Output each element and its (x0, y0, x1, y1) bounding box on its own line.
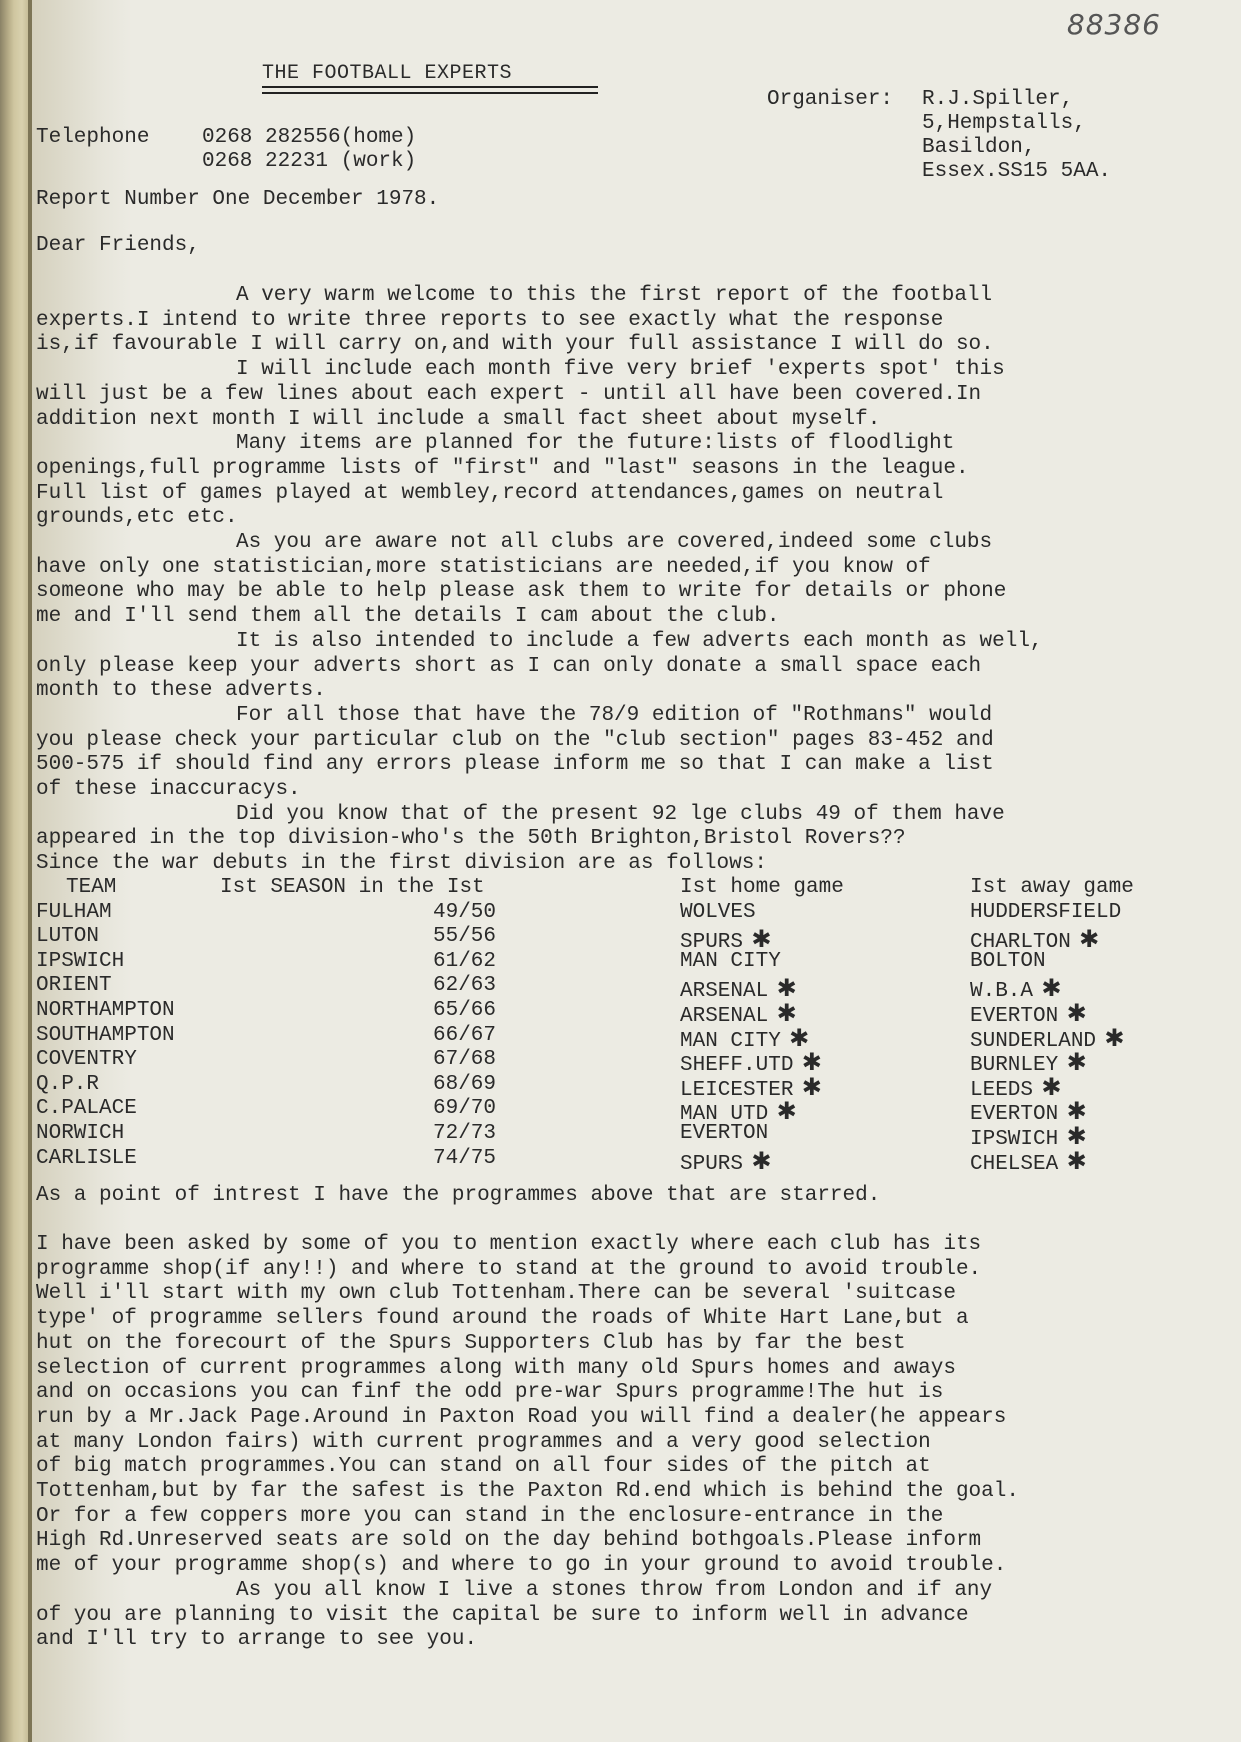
season-cell: 74/75 (433, 1147, 496, 1170)
team-cell: COVENTRY (36, 1048, 137, 1071)
text-line: experts.I intend to write three reports … (36, 309, 943, 333)
text-line: hut on the forecourt of the Spurs Suppor… (36, 1332, 906, 1356)
text-line: grounds,etc etc. (36, 506, 238, 530)
phone-home: 0268 282556(home) (202, 126, 416, 150)
season-cell: 61/62 (433, 950, 496, 973)
team-cell: LUTON (36, 925, 99, 948)
text-line: For all those that have the 78/9 edition… (36, 704, 992, 728)
table-header: Ist away game (970, 876, 1134, 899)
table-header: Ist home game (680, 876, 844, 899)
text-line: addition next month I will include a sma… (36, 408, 880, 432)
text-line: Well i'll start with my own club Tottenh… (36, 1282, 956, 1306)
team-cell: C.PALACE (36, 1097, 137, 1120)
report-line: Report Number One December 1978. (36, 188, 439, 212)
team-cell: NORTHAMPTON (36, 999, 175, 1022)
star-icon: ✱ (1058, 1147, 1086, 1175)
organiser-address-2: Basildon, (922, 136, 1035, 160)
text-line: High Rd.Unreserved seats are sold on the… (36, 1529, 981, 1553)
telephone-label: Telephone (36, 126, 149, 150)
text-line: Many items are planned for the future:li… (36, 432, 954, 456)
text-line: I will include each month five very brie… (36, 358, 1005, 382)
text-line: A very warm welcome to this the first re… (36, 284, 992, 308)
team-cell: NORWICH (36, 1122, 124, 1145)
text-line: me of your programme shop(s) and where t… (36, 1554, 1006, 1578)
table-note: As a point of intrest I have the program… (36, 1184, 880, 1208)
text-line: of big match programmes.You can stand on… (36, 1455, 931, 1479)
team-cell: ORIENT (36, 974, 112, 997)
text-line: of you are planning to visit the capital… (36, 1604, 969, 1628)
season-cell: 65/66 (433, 999, 496, 1022)
text-line: As you all know I live a stones throw fr… (36, 1579, 992, 1603)
text-line: me and I'll send them all the details I … (36, 605, 780, 629)
text-line: and on occasions you can finf the odd pr… (36, 1381, 943, 1405)
text-line: Did you know that of the present 92 lge … (36, 803, 1005, 827)
document-title: THE FOOTBALL EXPERTS (262, 62, 512, 85)
table-header: Ist SEASON in the Ist (220, 876, 485, 899)
text-line: month to these adverts. (36, 679, 326, 703)
season-cell: 69/70 (433, 1097, 496, 1120)
home-game-cell: EVERTON (680, 1122, 768, 1145)
away-game-cell: CHELSEA ✱ (970, 1147, 1087, 1176)
team-cell: IPSWICH (36, 950, 124, 973)
text-line: As you are aware not all clubs are cover… (36, 531, 992, 555)
text-line: 500-575 if should find any errors please… (36, 753, 994, 777)
star-icon: ✱ (1096, 1024, 1124, 1052)
text-line: is,if favourable I will carry on,and wit… (36, 333, 994, 357)
table-header: TEAM (66, 876, 116, 899)
text-line: have only one statistician,more statisti… (36, 556, 931, 580)
home-game-cell: MAN CITY (680, 950, 781, 973)
away-game-cell: HUDDERSFIELD (970, 901, 1121, 924)
text-line: It is also intended to include a few adv… (36, 630, 1043, 654)
salutation: Dear Friends, (36, 234, 200, 258)
season-cell: 55/56 (433, 925, 496, 948)
binding-strip (0, 0, 28, 1742)
text-line: you please check your particular club on… (36, 729, 994, 753)
text-line: someone who may be able to help please a… (36, 580, 1006, 604)
archive-number: 88386 (1067, 8, 1161, 41)
team-cell: FULHAM (36, 901, 112, 924)
organiser-address-3: Essex.SS15 5AA. (922, 160, 1111, 184)
organiser-name: R.J.Spiller, (922, 88, 1073, 112)
star-icon: ✱ (743, 1147, 771, 1175)
season-cell: 49/50 (433, 901, 496, 924)
star-icon: ✱ (793, 1073, 821, 1101)
team-cell: SOUTHAMPTON (36, 1024, 175, 1047)
text-line: programme shop(if any!!) and where to st… (36, 1258, 981, 1282)
text-line: Since the war debuts in the first divisi… (36, 852, 767, 876)
text-line: run by a Mr.Jack Page.Around in Paxton R… (36, 1406, 1006, 1430)
home-game-cell: WOLVES (680, 901, 756, 924)
text-line: of these inaccuracys. (36, 778, 301, 802)
text-line: appeared in the top division-who's the 5… (36, 827, 906, 851)
text-line: will just be a few lines about each expe… (36, 383, 981, 407)
organiser-address-1: 5,Hempstalls, (922, 112, 1086, 136)
team-cell: CARLISLE (36, 1147, 137, 1170)
season-cell: 62/63 (433, 974, 496, 997)
season-cell: 67/68 (433, 1048, 496, 1071)
star-icon: ✱ (1058, 1048, 1086, 1076)
title-underline (262, 86, 598, 94)
text-line: I have been asked by some of you to ment… (36, 1233, 981, 1257)
season-cell: 66/67 (433, 1024, 496, 1047)
star-icon: ✱ (768, 1097, 796, 1125)
star-icon: ✱ (1071, 925, 1099, 953)
text-line: Tottenham,but by far the safest is the P… (36, 1480, 1019, 1504)
text-line: type' of programme sellers found around … (36, 1307, 969, 1331)
text-line: selection of current programmes along wi… (36, 1357, 956, 1381)
season-cell: 68/69 (433, 1073, 496, 1096)
text-line: openings,full programme lists of "first"… (36, 457, 969, 481)
phone-work: 0268 22231 (work) (202, 150, 416, 174)
home-game-cell: SPURS ✱ (680, 1147, 771, 1176)
text-line: at many London fairs) with current progr… (36, 1431, 931, 1455)
organiser-label: Organiser: (767, 88, 893, 112)
text-line: only please keep your adverts short as I… (36, 655, 981, 679)
text-line: Full list of games played at wembley,rec… (36, 482, 943, 506)
text-line: Or for a few coppers more you can stand … (36, 1505, 943, 1529)
team-cell: Q.P.R (36, 1073, 99, 1096)
text-line: and I'll try to arrange to see you. (36, 1628, 477, 1652)
away-game-cell: BOLTON (970, 950, 1046, 973)
season-cell: 72/73 (433, 1122, 496, 1145)
